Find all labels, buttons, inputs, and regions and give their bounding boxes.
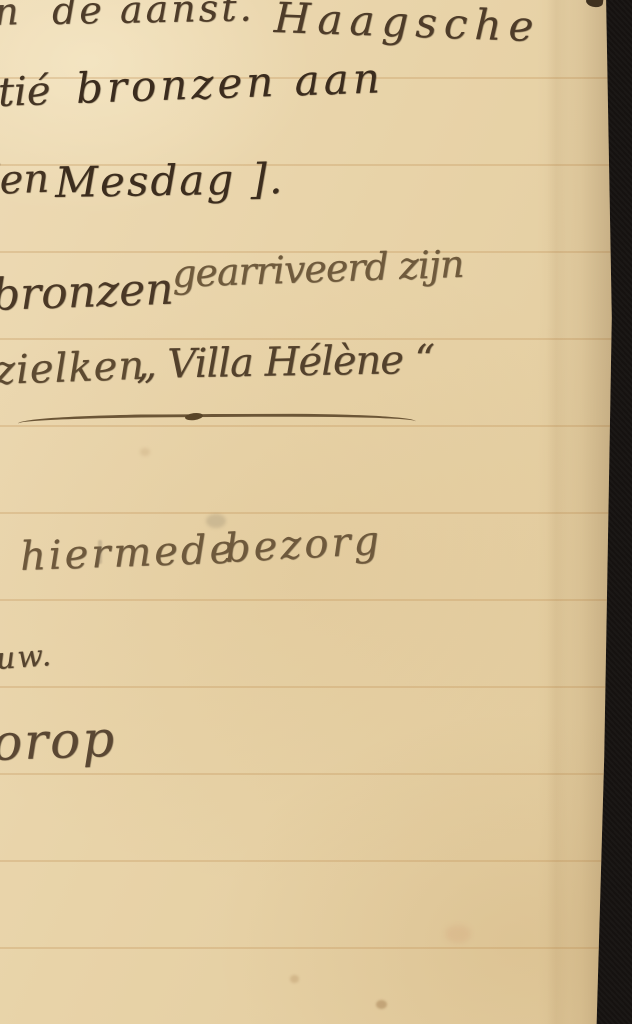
underline-ink-blob [185, 412, 204, 421]
handwriting-line1-partial: n [0, 0, 19, 34]
paper-stain [290, 975, 299, 983]
manuscript-page: n de aanst. Haagsche tié bronzen aan (en… [0, 0, 632, 1024]
handwriting-line7-partial: uw. [0, 638, 54, 677]
paper-stain [445, 925, 471, 943]
handwriting-line5-zielken: zielken [0, 343, 146, 394]
paper-stain [376, 1000, 387, 1009]
photo-frame: n de aanst. Haagsche tié bronzen aan (en… [0, 0, 632, 1024]
handwriting-line4-bronzen: bronzen [0, 264, 174, 321]
handwriting-line6-bezorg: bezorg [224, 518, 383, 572]
handwriting-line1-de-aanst: de aanst. [52, 0, 255, 33]
villa-helene-underline [18, 413, 416, 432]
ruled-lines [0, 0, 632, 1024]
handwriting-line2-tie: tié [0, 68, 51, 116]
handwriting-line5-villa-helene: „ Villa Hélène “ [136, 337, 435, 388]
handwriting-line3-en: (en [0, 156, 50, 204]
handwriting-signature-partial: orop [0, 710, 117, 772]
handwriting-line3-mesdag: Mesdag ]. [55, 154, 285, 207]
ink-mark-top-right [585, 0, 603, 8]
handwriting-line4-gearriveerd-zijn: gearriveerd zijn [171, 242, 464, 296]
handwriting-line1-haagsche: Haagsche [273, 0, 541, 51]
handwriting-line6-hiermede: hiermede [19, 526, 237, 580]
paper-stain [140, 448, 150, 456]
handwriting-line2-bronzen-aan: bronzen aan [75, 53, 384, 113]
